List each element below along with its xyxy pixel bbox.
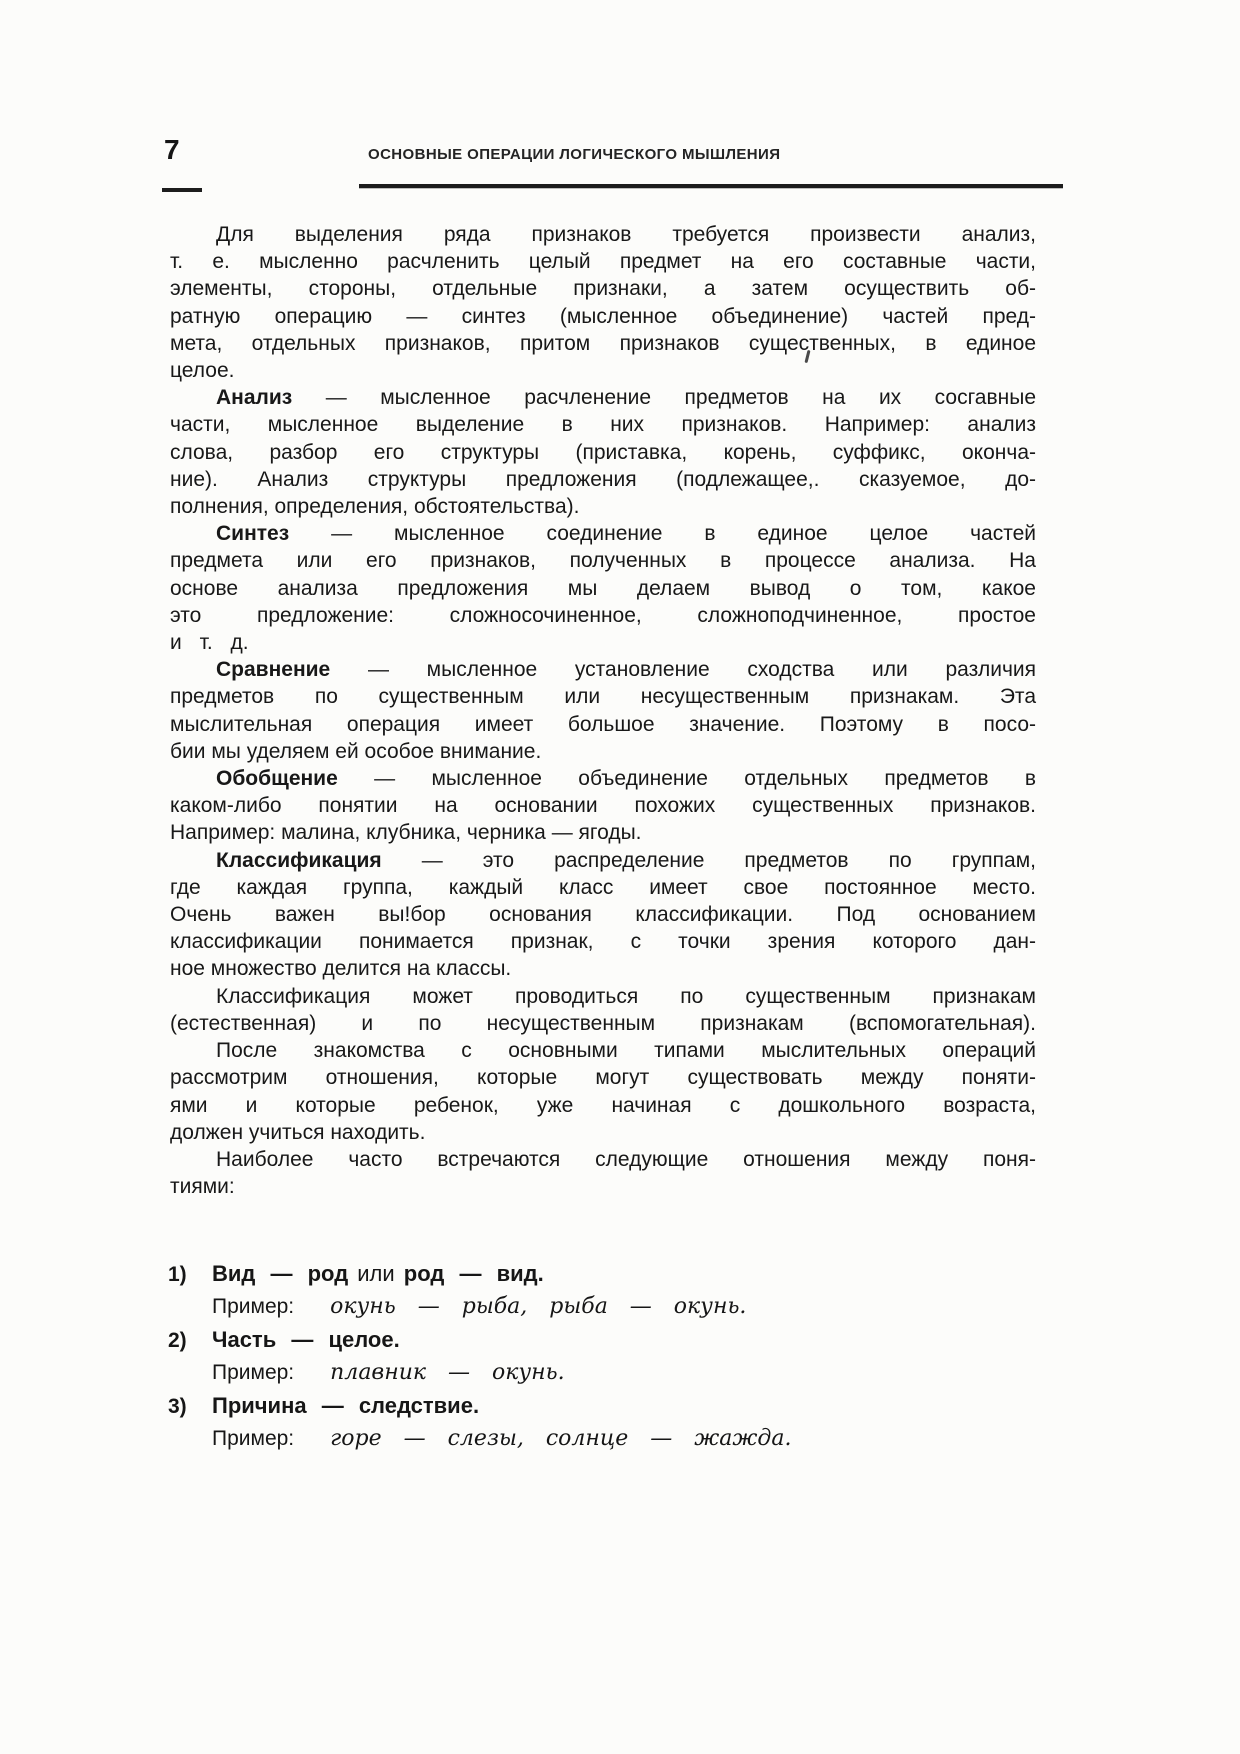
relation-bold: Вид — род xyxy=(212,1261,348,1286)
text-line: элементы, стороны, отдельные признаки, а… xyxy=(170,275,1036,302)
example-text: окунь — рыба, рыба — окунь. xyxy=(330,1294,746,1319)
paragraph-generalization: Обобщение — мысленное объединение отдель… xyxy=(170,765,1036,847)
text-line: основе анализа предложения мы делаем выв… xyxy=(170,575,1036,602)
example-label: Пример: xyxy=(212,1361,294,1385)
list-item-title: Часть — целое. xyxy=(212,1327,400,1353)
paragraph-comparison: Сравнение — мысленное установление сходс… xyxy=(170,656,1036,765)
text-line: классификации понимается признак, с точк… xyxy=(170,928,1036,955)
list-item-example: Пример: горе — слезы, солнце — жажда. xyxy=(168,1426,1040,1459)
text-line: Классификация — это распределение предме… xyxy=(170,847,1036,874)
list-item-number: 2) xyxy=(168,1329,212,1353)
text-line: предмета или его признаков, полученных в… xyxy=(170,547,1036,574)
text-line: Очень важен вы!бор основания классификац… xyxy=(170,901,1036,928)
text-line: полнения, определения, обстоятельства). xyxy=(170,493,1036,520)
example-text: горе — слезы, солнце — жажда. xyxy=(330,1426,791,1451)
relations-list: 1) Вид — род или род — вид. Пример: окун… xyxy=(168,1261,1040,1459)
paragraph-synthesis: Синтез — мысленное соединение в единое ц… xyxy=(170,520,1036,656)
text-line: это предложение: сложносочиненное, сложн… xyxy=(170,602,1036,629)
text-line: слова, разбор его структуры (приставка, … xyxy=(170,439,1036,466)
text-line: рассмотрим отношения, которые могут суще… xyxy=(170,1064,1036,1091)
text-line: бии мы уделяем ей особое внимание. xyxy=(170,738,1036,765)
list-item-title: Вид — род или род — вид. xyxy=(212,1261,544,1287)
text-line: Анализ — мысленное расчленение предметов… xyxy=(170,384,1036,411)
term-synthesis: Синтез xyxy=(216,522,289,545)
page-number: 7 xyxy=(164,134,180,166)
list-item-species-genus: 1) Вид — род или род — вид. xyxy=(168,1261,1040,1294)
example-label: Пример: xyxy=(212,1295,294,1319)
text-line: Для выделения ряда признаков требуется п… xyxy=(170,221,1036,248)
paragraph-relations-intro: После знакомства с основными типами мысл… xyxy=(170,1037,1036,1146)
text-line: Синтез — мысленное соединение в единое ц… xyxy=(170,520,1036,547)
text-line: Например: малина, клубника, черника — яг… xyxy=(170,819,1036,846)
paragraph-analysis: Анализ — мысленное расчленение предметов… xyxy=(170,384,1036,520)
text-line: Наиболее часто встречаются следующие отн… xyxy=(170,1146,1036,1173)
text-line: мыслительная операция имеет большое знач… xyxy=(170,711,1036,738)
relation-connector: или xyxy=(348,1261,404,1286)
list-item-number: 1) xyxy=(168,1263,212,1287)
text-line: мета, отдельных признаков, притом призна… xyxy=(170,330,1036,357)
term-definition: — мысленное объединение отдельных предме… xyxy=(338,767,1036,790)
paragraph-intro: Для выделения ряда признаков требуется п… xyxy=(170,221,1036,384)
term-definition: — это распределение предметов по группам… xyxy=(382,849,1036,872)
text-line: Сравнение — мысленное установление сходс… xyxy=(170,656,1036,683)
text-line: (естественная) и по несущественным призн… xyxy=(170,1010,1036,1037)
text-line: Классификация может проводиться по сущес… xyxy=(170,983,1036,1010)
body-text: Для выделения ряда признаков требуется п… xyxy=(170,221,1036,1200)
text-line: ное множество делится на классы. xyxy=(170,955,1036,982)
paragraph-classification: Классификация — это распределение предме… xyxy=(170,847,1036,983)
term-definition: — мысленное расчленение предметов на их … xyxy=(292,386,1036,409)
text-line: части, мысленное выделение в них признак… xyxy=(170,411,1036,438)
term-definition: — мысленное соединение в единое целое ча… xyxy=(289,522,1036,545)
text-line: и т. д. xyxy=(170,629,1036,656)
paragraph-relations-lead: Наиболее часто встречаются следующие отн… xyxy=(170,1146,1036,1200)
term-classification: Классификация xyxy=(216,849,382,872)
text-line: должен учиться находить. xyxy=(170,1119,1036,1146)
list-item-cause-effect: 3) Причина — следствие. xyxy=(168,1393,1040,1426)
list-item-part-whole: 2) Часть — целое. xyxy=(168,1327,1040,1360)
scanned-book-page: 7 ОСНОВНЫЕ ОПЕРАЦИИ ЛОГИЧЕСКОГО МЫШЛЕНИЯ… xyxy=(0,0,1240,1754)
text-line: где каждая группа, каждый класс имеет св… xyxy=(170,874,1036,901)
relation-bold: род — вид. xyxy=(404,1261,544,1286)
text-line: ями и которые ребенок, уже начиная с дош… xyxy=(170,1092,1036,1119)
running-header-title: ОСНОВНЫЕ ОПЕРАЦИИ ЛОГИЧЕСКОГО МЫШЛЕНИЯ xyxy=(368,146,780,163)
text-line: После знакомства с основными типами мысл… xyxy=(170,1037,1036,1064)
text-line: предметов по существенным или несуществе… xyxy=(170,683,1036,710)
text-line: каком-либо понятии на основании похожих … xyxy=(170,792,1036,819)
relation-bold: Часть — целое. xyxy=(212,1327,400,1352)
text-line: т. е. мысленно расчленить целый предмет … xyxy=(170,248,1036,275)
text-line: целое. xyxy=(170,357,1036,384)
text-line: тиями: xyxy=(170,1173,1036,1200)
text-line: Обобщение — мысленное объединение отдель… xyxy=(170,765,1036,792)
list-item-example: Пример: плавник — окунь. xyxy=(168,1360,1040,1393)
list-item-title: Причина — следствие. xyxy=(212,1393,479,1419)
list-item-example: Пример: окунь — рыба, рыба — окунь. xyxy=(168,1294,1040,1327)
page-number-underline xyxy=(162,188,202,192)
term-comparison: Сравнение xyxy=(216,658,330,681)
list-item-number: 3) xyxy=(168,1395,212,1419)
term-generalization: Обобщение xyxy=(216,767,338,790)
relation-bold: Причина — следствие. xyxy=(212,1393,479,1418)
text-line: ратную операцию — синтез (мысленное объе… xyxy=(170,303,1036,330)
example-label: Пример: xyxy=(212,1427,294,1451)
paragraph-classification-kinds: Классификация может проводиться по сущес… xyxy=(170,983,1036,1037)
term-definition: — мысленное установление сходства или ра… xyxy=(330,658,1036,681)
header-rule xyxy=(359,184,1063,188)
example-text: плавник — окунь. xyxy=(330,1360,565,1385)
term-analysis: Анализ xyxy=(216,386,292,409)
text-line: ние). Анализ структуры предложения (подл… xyxy=(170,466,1036,493)
